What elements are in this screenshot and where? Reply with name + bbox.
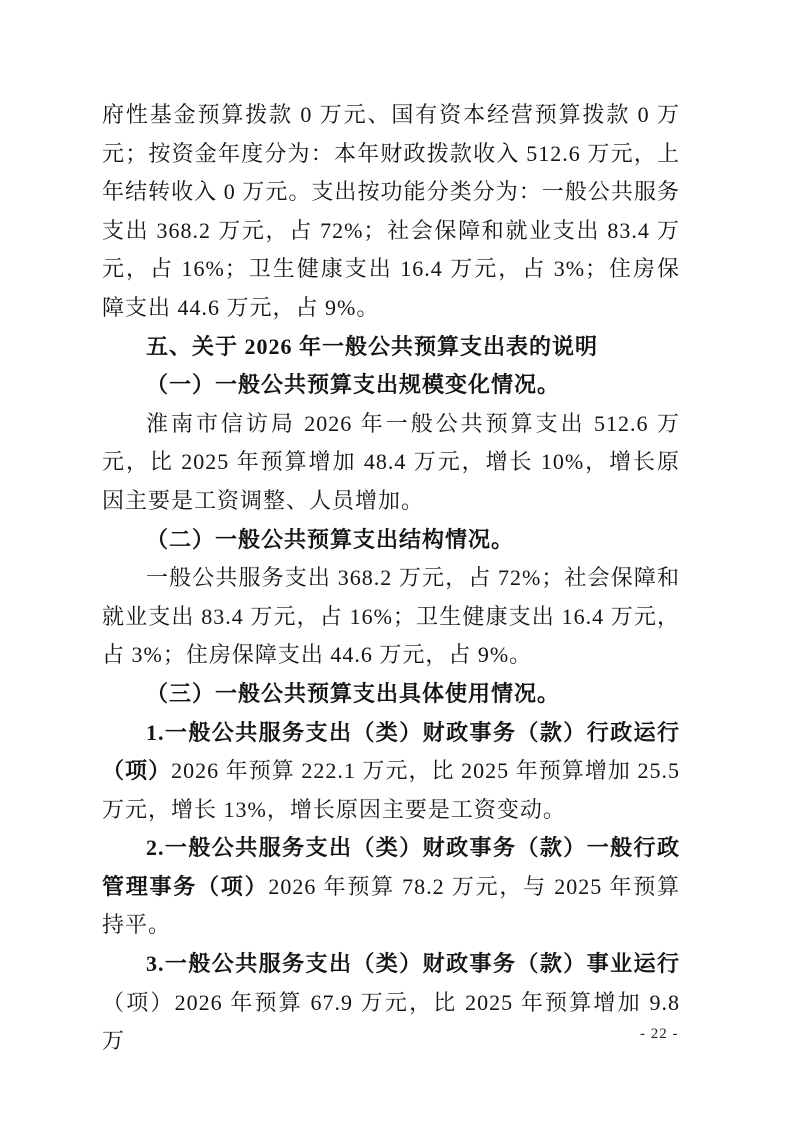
text-segment: 淮南市信访局 2026 年一般公共预算支出 512.6 万元，比 2025 年预… bbox=[102, 411, 680, 513]
text-segment: （二）一般公共预算支出结构情况。 bbox=[146, 527, 514, 552]
text-segment: （一）一般公共预算支出规模变化情况。 bbox=[146, 372, 560, 397]
text-segment: 府性基金预算拨款 0 万元、国有资本经营预算拨款 0 万元；按资金年度分为：本年… bbox=[102, 102, 680, 320]
heading-section-5: 五、关于 2026 年一般公共预算支出表的说明 bbox=[102, 328, 680, 367]
text-segment: 2026 年预算 222.1 万元，比 2025 年预算增加 25.5 万元，增… bbox=[102, 758, 680, 822]
text-segment: 五、关于 2026 年一般公共预算支出表的说明 bbox=[146, 334, 598, 359]
para-expenditure-scale: 淮南市信访局 2026 年一般公共预算支出 512.6 万元，比 2025 年预… bbox=[102, 405, 680, 521]
page-number: - 22 - bbox=[640, 1026, 679, 1043]
document-body: 府性基金预算拨款 0 万元、国有资本经营预算拨款 0 万元；按资金年度分为：本年… bbox=[102, 96, 680, 1061]
para-item-2-general-admin-affairs: 2.一般公共服务支出（类）财政事务（款）一般行政管理事务（项）2026 年预算 … bbox=[102, 829, 680, 945]
heading-subsection-1: （一）一般公共预算支出规模变化情况。 bbox=[102, 366, 680, 405]
para-item-1-administrative-operation: 1.一般公共服务支出（类）财政事务（款）行政运行（项）2026 年预算 222.… bbox=[102, 714, 680, 830]
para-expenditure-structure: 一般公共服务支出 368.2 万元，占 72%；社会保障和就业支出 83.4 万… bbox=[102, 559, 680, 675]
item-3-title-segment: 3.一般公共服务支出（类）财政事务（款）事业运行 bbox=[146, 951, 680, 976]
text-segment: （项）2026 年预算 67.9 万元，比 2025 年预算增加 9.8 万 bbox=[102, 990, 680, 1054]
text-segment: 一般公共服务支出 368.2 万元，占 72%；社会保障和就业支出 83.4 万… bbox=[102, 565, 680, 667]
document-page: 府性基金预算拨款 0 万元、国有资本经营预算拨款 0 万元；按资金年度分为：本年… bbox=[0, 0, 793, 1122]
text-segment: （三）一般公共预算支出具体使用情况。 bbox=[146, 681, 560, 706]
para-item-3-institutional-operation: 3.一般公共服务支出（类）财政事务（款）事业运行（项）2026 年预算 67.9… bbox=[102, 945, 680, 1061]
para-funding-sources: 府性基金预算拨款 0 万元、国有资本经营预算拨款 0 万元；按资金年度分为：本年… bbox=[102, 96, 680, 328]
heading-subsection-2: （二）一般公共预算支出结构情况。 bbox=[102, 521, 680, 560]
heading-subsection-3: （三）一般公共预算支出具体使用情况。 bbox=[102, 675, 680, 714]
